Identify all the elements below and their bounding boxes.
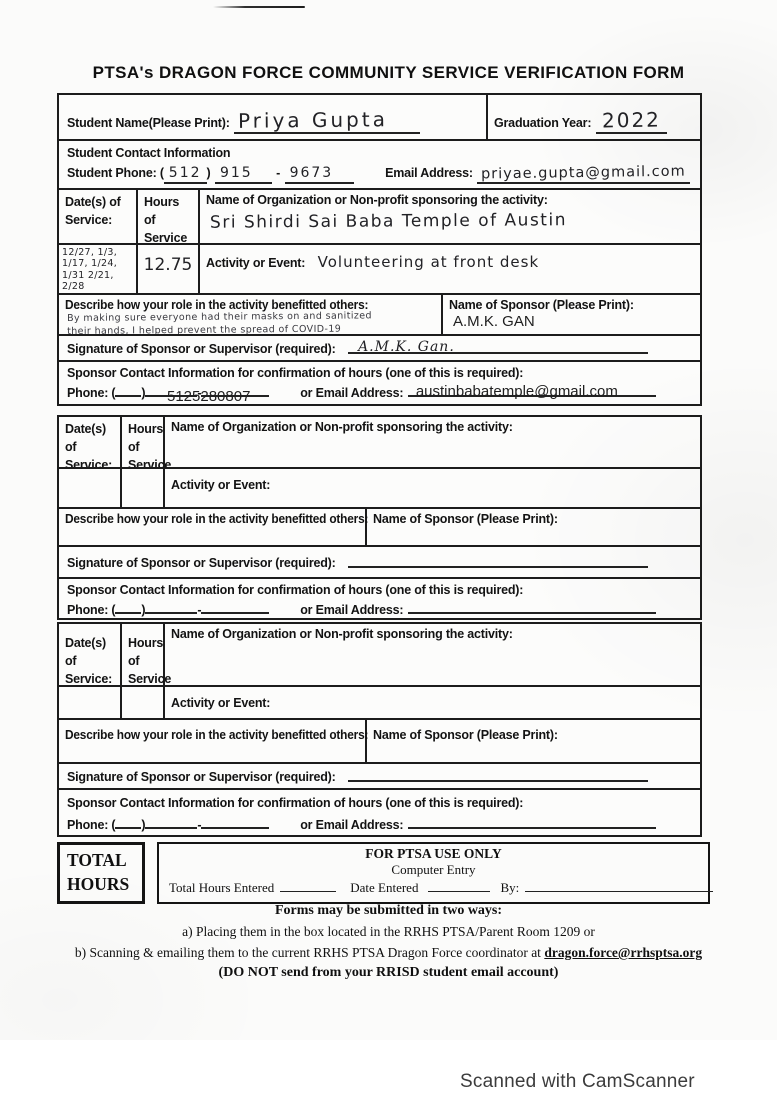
or-email-label: or Email Address:	[300, 818, 403, 832]
or-email-label: or Email Address:	[300, 603, 403, 617]
entry1-header-row: Date(s) of Service: Hours of Service Nam…	[59, 188, 700, 243]
entered-by-field	[525, 880, 713, 892]
entry1-dates-header-cell: Date(s) of Service:	[59, 190, 138, 243]
entry2-hours-header-cell: Hours of Service	[122, 417, 165, 467]
scanned-form-page: PTSA's DRAGON FORCE COMMUNITY SERVICE VE…	[0, 0, 777, 1110]
submission-warning: (DO NOT send from your RRISD student ema…	[0, 965, 777, 981]
entry2-dates-value	[59, 469, 122, 507]
student-name-cell: Student Name(Please Print): Priya Gupta	[59, 95, 488, 139]
entry2-phone-prefix-field	[145, 601, 197, 614]
organization-label: Name of Organization or Non-profit spons…	[206, 193, 694, 207]
entry2-signature-value	[348, 553, 358, 569]
entry2-sponsor-email-field	[408, 601, 656, 614]
entry2-sponsor-email-value	[408, 600, 416, 617]
entry3-phone-suffix-field	[201, 816, 269, 829]
total-hours-label: TOTAL HOURS	[67, 850, 129, 894]
entry2-signature-field	[348, 554, 648, 568]
sponsor-name-label: Name of Sponsor (Please Print):	[373, 728, 694, 742]
entry2-signature-row: Signature of Sponsor or Supervisor (requ…	[59, 545, 700, 577]
activity-label: Activity or Event:	[171, 696, 270, 710]
entry1-sponsor-email-value: austinbabatemple@gmail.com	[408, 383, 618, 400]
phone-open-label: Phone: (	[67, 603, 115, 617]
submission-option-a: a) Placing them in the box located in th…	[0, 924, 777, 940]
ptsa-use-only-title: FOR PTSA USE ONLY	[159, 844, 708, 862]
entry3-sponsor-email-value	[408, 815, 416, 832]
graduation-year-label: Graduation Year:	[494, 116, 591, 130]
entry3-signature-field	[348, 768, 648, 782]
student-name-value: Priya Gupta	[234, 107, 398, 133]
student-name-field: Priya Gupta	[234, 108, 420, 134]
entry3-dates-header-cell: Date(s) of Service:	[59, 624, 122, 685]
phone-open-label: Phone: (	[67, 818, 115, 832]
student-phone-suffix-field: 9673	[285, 164, 355, 184]
camscanner-watermark: Scanned with CamScanner	[460, 1071, 695, 1093]
entry1-hours-value: 12.75	[138, 245, 200, 293]
signature-label: Signature of Sponsor or Supervisor (requ…	[67, 342, 336, 356]
entry3-phone-prefix-field	[145, 816, 197, 829]
entry1-activity-cell: Activity or Event: Volunteering at front…	[200, 245, 700, 293]
entry3-describe-cell: Describe how your role in the activity b…	[59, 720, 367, 762]
entry2-describe-row: Describe how your role in the activity b…	[59, 507, 700, 545]
sponsor-name-label: Name of Sponsor (Please Print):	[373, 512, 694, 526]
entry3-hours-header-cell: Hours of Service	[122, 624, 165, 685]
graduation-year-value: 2022	[596, 107, 667, 132]
entry2-activity-cell: Activity or Event:	[165, 469, 700, 507]
signature-label: Signature of Sponsor or Supervisor (requ…	[67, 770, 336, 784]
entry2-header-row: Date(s) of Service: Hours of Service Nam…	[59, 417, 700, 467]
entry1-signature-value: A.M.K. Gan.	[348, 339, 455, 355]
dates-of-service-label: Date(s) of Service:	[65, 195, 121, 227]
entry1-signature-row: Signature of Sponsor or Supervisor (requ…	[59, 334, 700, 360]
or-email-label: or Email Address:	[300, 386, 403, 400]
entry3-organization-cell: Name of Organization or Non-profit spons…	[165, 624, 700, 685]
organization-label: Name of Organization or Non-profit spons…	[171, 420, 694, 434]
entry3-sponsor-email-field	[408, 816, 656, 829]
entry1-activity-row: 12/27, 1/3, 1/17, 1/24, 1/31 2/21, 2/28 …	[59, 243, 700, 293]
entry1-phone-area-field	[115, 384, 141, 397]
student-email-label: Email Address:	[385, 166, 473, 180]
dates-of-service-label: Date(s) of Service:	[65, 422, 112, 472]
student-phone-suffix-value: 9673	[285, 165, 339, 181]
student-email-field: priyae.gupta@gmail.com	[477, 164, 690, 184]
entry1-organization-value: Sri Shirdi Sai Baba Temple of Austin	[210, 209, 694, 232]
total-hours-entered-label: Total Hours Entered	[169, 880, 274, 895]
entry1-organization-cell: Name of Organization or Non-profit spons…	[200, 190, 700, 243]
submission-option-b-text: b) Scanning & emailing them to the curre…	[75, 945, 541, 960]
entry1-sponsor-contact-row: Sponsor Contact Information for confirma…	[59, 360, 700, 404]
entry3-sponsor-name-cell: Name of Sponsor (Please Print):	[367, 720, 700, 762]
student-name-label: Student Name(Please Print):	[67, 116, 230, 130]
entry1-sponsor-phone-value: 5125280807	[167, 388, 250, 405]
entry3-describe-row: Describe how your role in the activity b…	[59, 718, 700, 762]
entry3-sponsor-contact-row: Sponsor Contact Information for confirma…	[59, 788, 700, 835]
entry2-dates-header-cell: Date(s) of Service:	[59, 417, 122, 467]
entry2-sponsor-name-cell: Name of Sponsor (Please Print):	[367, 509, 700, 545]
entry1-sponsor-name-cell: Name of Sponsor (Please Print): A.M.K. G…	[443, 295, 700, 334]
entry3-phone-area-field	[115, 816, 141, 829]
date-entered-field	[428, 880, 490, 892]
organization-label: Name of Organization or Non-profit spons…	[171, 627, 694, 641]
entry1-sponsor-email-field: austinbabatemple@gmail.com	[408, 384, 656, 397]
entry2-table: Date(s) of Service: Hours of Service Nam…	[57, 415, 702, 620]
entry2-phone-area-field	[115, 601, 141, 614]
student-phone-area-value: 512	[164, 165, 207, 181]
entry3-organization-value	[175, 643, 694, 647]
total-hours-entered-field	[280, 880, 336, 892]
entry1-sponsor-name-value: A.M.K. GAN	[453, 313, 694, 330]
student-email-value: priyae.gupta@gmail.com	[477, 164, 690, 183]
sponsor-contact-label: Sponsor Contact Information for confirma…	[67, 796, 700, 810]
form-title: PTSA's DRAGON FORCE COMMUNITY SERVICE VE…	[0, 63, 777, 83]
entry1-signature-field: A.M.K. Gan.	[348, 340, 648, 354]
entry2-activity-row: Activity or Event:	[59, 467, 700, 507]
coordinator-email: dragon.force@rrhsptsa.org	[544, 945, 702, 960]
entry3-signature-value	[348, 767, 358, 783]
dates-of-service-label: Date(s) of Service:	[65, 636, 112, 686]
entry2-organization-value	[175, 436, 694, 440]
submission-heading: Forms may be submitted in two ways:	[0, 903, 777, 919]
student-name-row: Student Name(Please Print): Priya Gupta …	[59, 95, 700, 139]
entry3-signature-row: Signature of Sponsor or Supervisor (requ…	[59, 762, 700, 788]
sponsor-contact-label: Sponsor Contact Information for confirma…	[67, 583, 700, 597]
sponsor-contact-label: Sponsor Contact Information for confirma…	[67, 366, 700, 380]
activity-label: Activity or Event:	[171, 478, 270, 492]
entry1-hours-header-cell: Hours of Service	[138, 190, 200, 243]
entry2-sponsor-contact-row: Sponsor Contact Information for confirma…	[59, 577, 700, 618]
phone-dash: -	[276, 166, 280, 180]
submission-instructions: Forms may be submitted in two ways: a) P…	[0, 903, 777, 981]
computer-entry-subtitle: Computer Entry	[159, 862, 708, 878]
submission-option-b: b) Scanning & emailing them to the curre…	[0, 945, 777, 961]
entry1-describe-row: Describe how your role in the activity b…	[59, 293, 700, 334]
date-entered-label: Date Entered	[350, 880, 418, 895]
entry2-phone-suffix-field	[201, 601, 269, 614]
activity-label: Activity or Event:	[206, 256, 305, 270]
total-hours-box: TOTAL HOURS	[57, 842, 145, 904]
student-info-and-entry1-table: Student Name(Please Print): Priya Gupta …	[57, 93, 702, 406]
entry2-hours-value	[122, 469, 165, 507]
entered-by-label: By:	[500, 880, 519, 895]
entry1-sponsor-phone-line: Phone: ()- or Email Address: austinbabat…	[67, 384, 700, 402]
entry2-sponsor-phone-line: Phone: ()- or Email Address:	[67, 601, 700, 619]
entry2-describe-cell: Describe how your role in the activity b…	[59, 509, 367, 545]
entry3-header-row: Date(s) of Service: Hours of Service Nam…	[59, 624, 700, 685]
entry3-hours-value	[122, 687, 165, 718]
ptsa-entry-line: Total Hours EnteredDate EnteredBy:	[159, 880, 708, 896]
student-contact-row: Student Contact Information Student Phon…	[59, 139, 700, 188]
describe-label: Describe how your role in the activity b…	[65, 728, 344, 742]
entry3-dates-value	[59, 687, 122, 718]
entry3-activity-cell: Activity or Event:	[165, 687, 700, 718]
student-phone-label: Student Phone: (	[67, 166, 164, 180]
signature-label: Signature of Sponsor or Supervisor (requ…	[67, 556, 336, 570]
student-phone-prefix-value: 915	[215, 165, 258, 181]
entry1-activity-value: Volunteering at front desk	[318, 253, 539, 271]
paren-close: )	[207, 166, 211, 180]
describe-label: Describe how your role in the activity b…	[65, 512, 344, 526]
student-contact-header: Student Contact Information	[67, 146, 700, 160]
entry1-describe-cell: Describe how your role in the activity b…	[59, 295, 443, 334]
entry3-activity-row: Activity or Event:	[59, 685, 700, 718]
scan-artifact-line	[213, 6, 305, 8]
entry1-dates-value: 12/27, 1/3, 1/17, 1/24, 1/31 2/21, 2/28	[59, 245, 138, 293]
graduation-year-cell: Graduation Year: 2022	[488, 95, 700, 139]
entry3-sponsor-phone-line: Phone: ()- or Email Address:	[67, 816, 700, 834]
sponsor-name-label: Name of Sponsor (Please Print):	[449, 298, 694, 312]
ptsa-use-only-box: FOR PTSA USE ONLY Computer Entry Total H…	[157, 842, 710, 904]
student-phone-area-field: 512	[164, 164, 207, 184]
entry2-organization-cell: Name of Organization or Non-profit spons…	[165, 417, 700, 467]
phone-open-label: Phone: (	[67, 386, 115, 400]
entry3-table: Date(s) of Service: Hours of Service Nam…	[57, 622, 702, 837]
graduation-year-field: 2022	[596, 108, 667, 134]
hours-of-service-label: Hours of Service	[144, 195, 187, 245]
student-phone-prefix-field: 915	[215, 164, 272, 184]
